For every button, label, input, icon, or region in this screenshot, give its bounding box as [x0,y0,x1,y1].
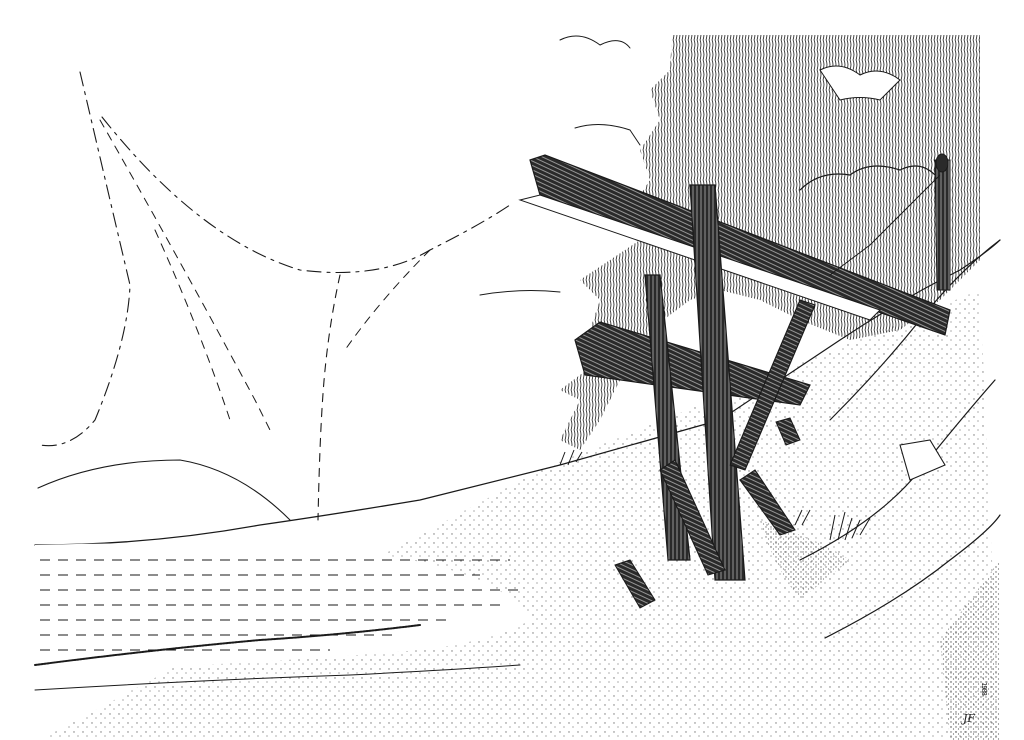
signature-initials: JF [963,712,975,725]
dashed-sail-shape [38,72,510,520]
signature-year: 1988 [980,682,988,695]
illustration-canvas [0,0,1024,740]
